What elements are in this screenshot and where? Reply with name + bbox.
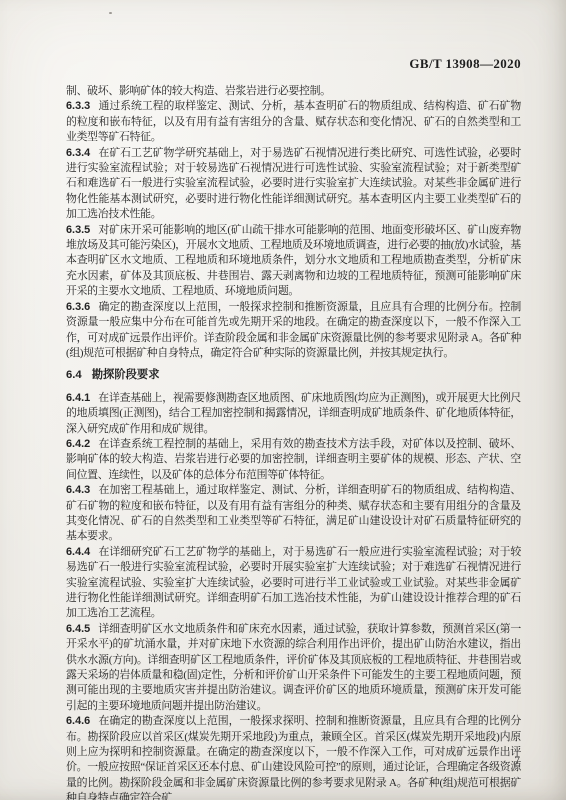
document-page: GB/T 13908—2020 制、破坏、影响矿体的较大构造、岩浆岩进行必要控制… [0, 0, 566, 800]
section-paragraph: 6.3.6确定的勘查深度以上范围，一般探求控制和推断资源量，且应具有合理的比例分… [66, 300, 521, 362]
section-number: 6.3.6 [66, 301, 90, 313]
standard-number: GB/T 13908—2020 [409, 56, 521, 71]
section-text: 制、破坏、影响矿体的较大构造、岩浆岩进行必要控制。 [66, 85, 331, 97]
continuation-paragraph: 制、破坏、影响矿体的较大构造、岩浆岩进行必要控制。 [66, 84, 521, 99]
section-heading: 6.4勘探阶段要求 [66, 368, 521, 383]
section-text: 在详细研究矿石工艺矿物学的基础上，对于易选矿石一般应进行实验室流程试验；对于较易… [66, 546, 521, 620]
section-paragraph: 6.4.3在加密工程基础上，通过取样鉴定、测试、分析，详细查明矿石的物质组成、结… [66, 483, 521, 545]
section-number: 6.4.5 [66, 623, 90, 635]
section-text: 在矿石工艺矿物学研究基础上，对于易选矿石视情况进行类比研究、可选性试验，必要时进… [66, 147, 521, 221]
section-text: 在详查系统工程控制的基础上，采用有效的勘查技术方法手段，对矿体以及控制、破坏、影… [66, 438, 521, 481]
section-paragraph: 6.4.4在详细研究矿石工艺矿物学的基础上，对于易选矿石一般应进行实验室流程试验… [66, 545, 521, 622]
section-text: 详细查明矿区水文地质条件和矿床充水因素，通过试验，获取计算参数，预测首采区(第一… [66, 623, 521, 712]
section-number: 6.4.4 [66, 546, 90, 558]
section-text: 勘探阶段要求 [92, 369, 160, 381]
page-number: 7 [514, 755, 520, 767]
scan-speckle [109, 12, 112, 14]
section-number: 6.4.6 [66, 715, 90, 727]
section-text: 在确定的勘查深度以上范围，一般探求探明、控制和推断资源量，且应具有合理的比例分布… [66, 715, 521, 800]
section-number: 6.3.4 [66, 147, 90, 159]
section-text: 通过系统工程的取样鉴定、测试、分析，基本查明矿石的物质组成、结构构造、矿石矿物的… [66, 100, 521, 143]
section-paragraph: 6.4.2在详查系统工程控制的基础上，采用有效的勘查技术方法手段，对矿体以及控制… [66, 437, 521, 483]
section-number: 6.4 [66, 369, 82, 381]
section-paragraph: 6.3.4在矿石工艺矿物学研究基础上，对于易选矿石视情况进行类比研究、可选性试验… [66, 146, 521, 223]
section-text: 对矿床开采可能影响的地区(矿山疏干排水可能影响的范围、地面变形破坏区、矿山废弃物… [66, 224, 521, 298]
section-number: 6.4.1 [66, 392, 90, 404]
section-paragraph: 6.4.6在确定的勘查深度以上范围，一般探求探明、控制和推断资源量，且应具有合理… [66, 714, 521, 800]
section-number: 6.3.5 [66, 224, 90, 236]
section-paragraph: 6.3.3通过系统工程的取样鉴定、测试、分析，基本查明矿石的物质组成、结构构造、… [66, 99, 521, 145]
page-footer: 7 [514, 755, 520, 767]
section-text: 在详查基础上，视需要修测勘查区地质图、矿床地质图(均应为正测图)，或开展更大比例… [66, 392, 521, 435]
section-number: 6.4.2 [66, 438, 90, 450]
page-header: GB/T 13908—2020 [66, 56, 521, 72]
section-text: 确定的勘查深度以上范围，一般探求控制和推断资源量，且应具有合理的比例分布。控制资… [66, 301, 521, 359]
section-number: 6.4.3 [66, 484, 90, 496]
section-paragraph: 6.3.5对矿床开采可能影响的地区(矿山疏干排水可能影响的范围、地面变形破坏区、… [66, 223, 521, 300]
section-number: 6.3.3 [66, 100, 90, 112]
section-paragraph: 6.4.5详细查明矿区水文地质条件和矿床充水因素，通过试验，获取计算参数，预测首… [66, 622, 521, 714]
section-text: 在加密工程基础上，通过取样鉴定、测试、分析，详细查明矿石的物质组成、结构构造、矿… [66, 484, 521, 542]
document-body: 制、破坏、影响矿体的较大构造、岩浆岩进行必要控制。6.3.3通过系统工程的取样鉴… [66, 84, 521, 800]
section-paragraph: 6.4.1在详查基础上，视需要修测勘查区地质图、矿床地质图(均应为正测图)，或开… [66, 391, 521, 437]
